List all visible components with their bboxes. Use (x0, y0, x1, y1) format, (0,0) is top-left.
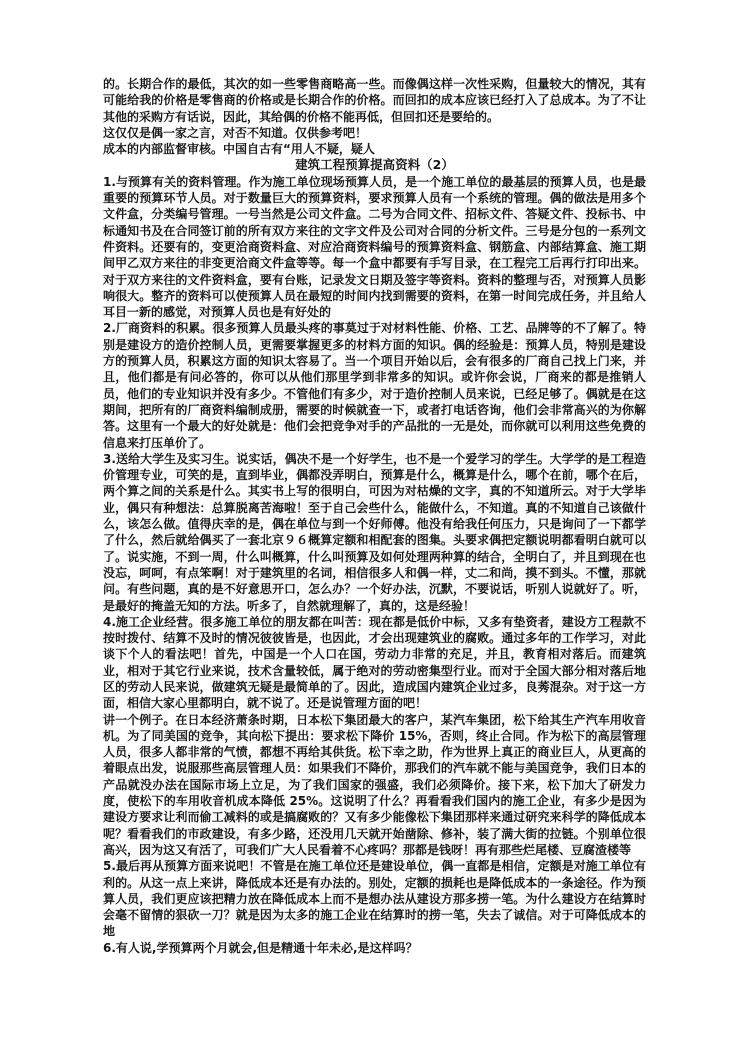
section-paragraph: 4.施工企业经营。很多施工单位的朋友都在叫苦：现在都是低价中标，又多有垫资者，建… (103, 614, 646, 712)
intro-paragraphs: 的。长期合作的最低，其次的如一些零售商略高一些。而像偶这样一次性采购，但量较大的… (103, 76, 646, 157)
intro-paragraph: 这仅仅是偶一家之言，对否不知道。仅供参考吧！ (103, 125, 646, 141)
section-paragraph: 讲一个例子。在日本经济萧条时期，日本松下集团最大的客户，某汽车集团，松下给其生产… (103, 712, 646, 859)
section-paragraph: 1.与预算有关的资料管理。作为施工单位现场预算人员，是一个施工单位的最基层的预算… (103, 174, 646, 321)
section-paragraph: 2.厂商资料的积累。很多预算人员最头疼的事莫过于对材料性能、价格、工艺、品牌等的… (103, 320, 646, 450)
document-page: 的。长期合作的最低，其次的如一些零售商略高一些。而像偶这样一次性采购，但量较大的… (0, 0, 744, 1052)
main-paragraphs: 1.与预算有关的资料管理。作为施工单位现场预算人员，是一个施工单位的最基层的预算… (103, 174, 646, 956)
document-title: 建筑工程预算提高资料（2） (103, 157, 646, 173)
section-paragraph: 3.送给大学生及实习生。说实话，偶决不是一个好学生，也不是一个爱学习的学生。大学… (103, 451, 646, 614)
section-paragraph: 5.最后再从预算方面来说吧！不管是在施工单位还是建设单位，偶一直都是相信，定额是… (103, 858, 646, 939)
document-body: 的。长期合作的最低，其次的如一些零售商略高一些。而像偶这样一次性采购，但量较大的… (103, 76, 646, 956)
intro-paragraph: 的。长期合作的最低，其次的如一些零售商略高一些。而像偶这样一次性采购，但量较大的… (103, 76, 646, 125)
intro-paragraph: 成本的内部监督审核。中国自古有“用人不疑，疑人 (103, 141, 646, 157)
section-paragraph: 6.有人说,学预算两个月就会,但是精通十年未必,是这样吗？ (103, 940, 646, 956)
